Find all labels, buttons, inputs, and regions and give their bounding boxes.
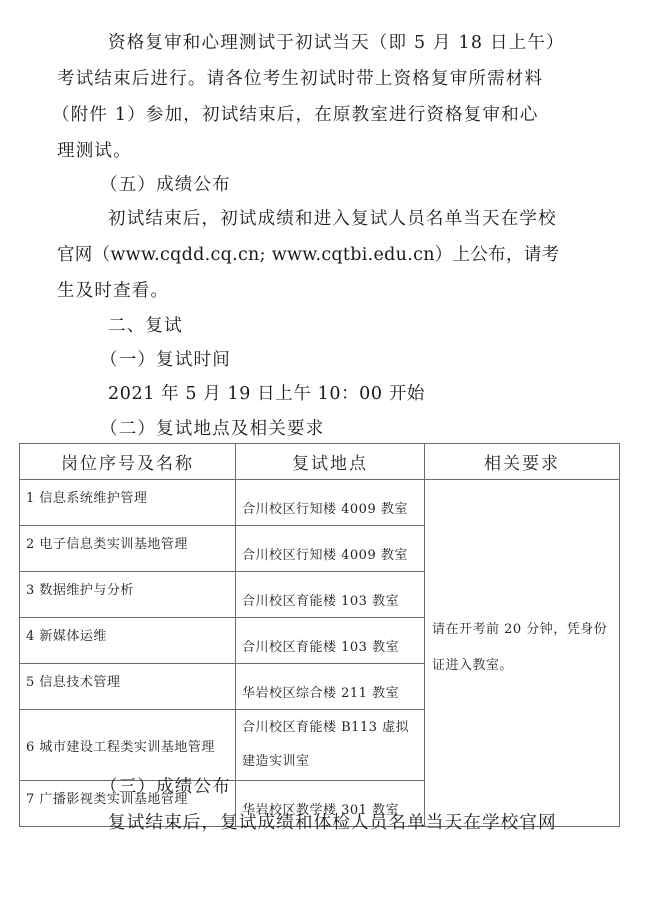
position-cell: 5 信息技术管理 (20, 664, 236, 710)
section-heading: （一）复试时间 (100, 349, 231, 371)
position-cell: 4 新媒体运维 (20, 618, 236, 664)
requirements-cell: 请在开考前 20 分钟，凭身份 证进入教室。 (425, 480, 620, 827)
table-row: 1 信息系统维护管理 合川校区行知楼 4009 教室 请在开考前 20 分钟，凭… (20, 480, 620, 526)
position-cell: 6 城市建设工程类实训基地管理 (20, 710, 236, 781)
header-position: 岗位序号及名称 (20, 444, 236, 480)
header-location: 复试地点 (236, 444, 425, 480)
location-cell: 合川校区育能楼 103 教室 (236, 618, 425, 664)
paragraph-line: 复试结束后，复试成绩和体检人员名单当天在学校官网 (108, 812, 557, 834)
section-heading: （二）复试地点及相关要求 (100, 418, 324, 440)
paragraph-line: 考试结束后进行。请各位考生初试时带上资格复审所需材料 (57, 68, 543, 90)
paragraph-line: 2021 年 5 月 19 日上午 10：00 开始 (108, 383, 425, 405)
location-cell: 合川校区行知楼 4009 教室 (236, 480, 425, 526)
part-heading: 二、复试 (108, 315, 183, 337)
location-line: 建造实训室 (242, 745, 418, 779)
section-heading: （三）成绩公布 (100, 776, 231, 798)
header-requirements: 相关要求 (425, 444, 620, 480)
paragraph-line: （附件 1）参加，初试结束后，在原教室进行资格复审和心 (52, 104, 539, 126)
requirement-line: 证进入教室。 (432, 648, 613, 684)
position-cell: 3 数据维护与分析 (20, 572, 236, 618)
paragraph-line: 初试结束后，初试成绩和进入复试人员名单当天在学校 (108, 208, 557, 230)
paragraph-line: 资格复审和心理测试于初试当天（即 5 月 18 日上午） (108, 32, 565, 54)
position-cell: 1 信息系统维护管理 (20, 480, 236, 526)
location-cell: 合川校区育能楼 103 教室 (236, 572, 425, 618)
requirement-line: 请在开考前 20 分钟，凭身份 (432, 612, 613, 648)
paragraph-line: 理测试。 (57, 140, 132, 162)
location-cell: 合川校区行知楼 4009 教室 (236, 526, 425, 572)
location-line: 合川校区育能楼 B113 虚拟 (242, 711, 418, 745)
table-header-row: 岗位序号及名称 复试地点 相关要求 (20, 444, 620, 480)
position-cell: 2 电子信息类实训基地管理 (20, 526, 236, 572)
paragraph-line: 生及时查看。 (57, 280, 169, 302)
location-cell: 华岩校区综合楼 211 教室 (236, 664, 425, 710)
location-cell: 合川校区育能楼 B113 虚拟 建造实训室 (236, 710, 425, 781)
interview-location-table: 岗位序号及名称 复试地点 相关要求 1 信息系统维护管理 合川校区行知楼 400… (19, 443, 620, 827)
paragraph-line: 官网（www.cqdd.cq.cn; www.cqtbi.edu.cn）上公布，… (57, 244, 559, 266)
section-heading: （五）成绩公布 (100, 174, 231, 196)
